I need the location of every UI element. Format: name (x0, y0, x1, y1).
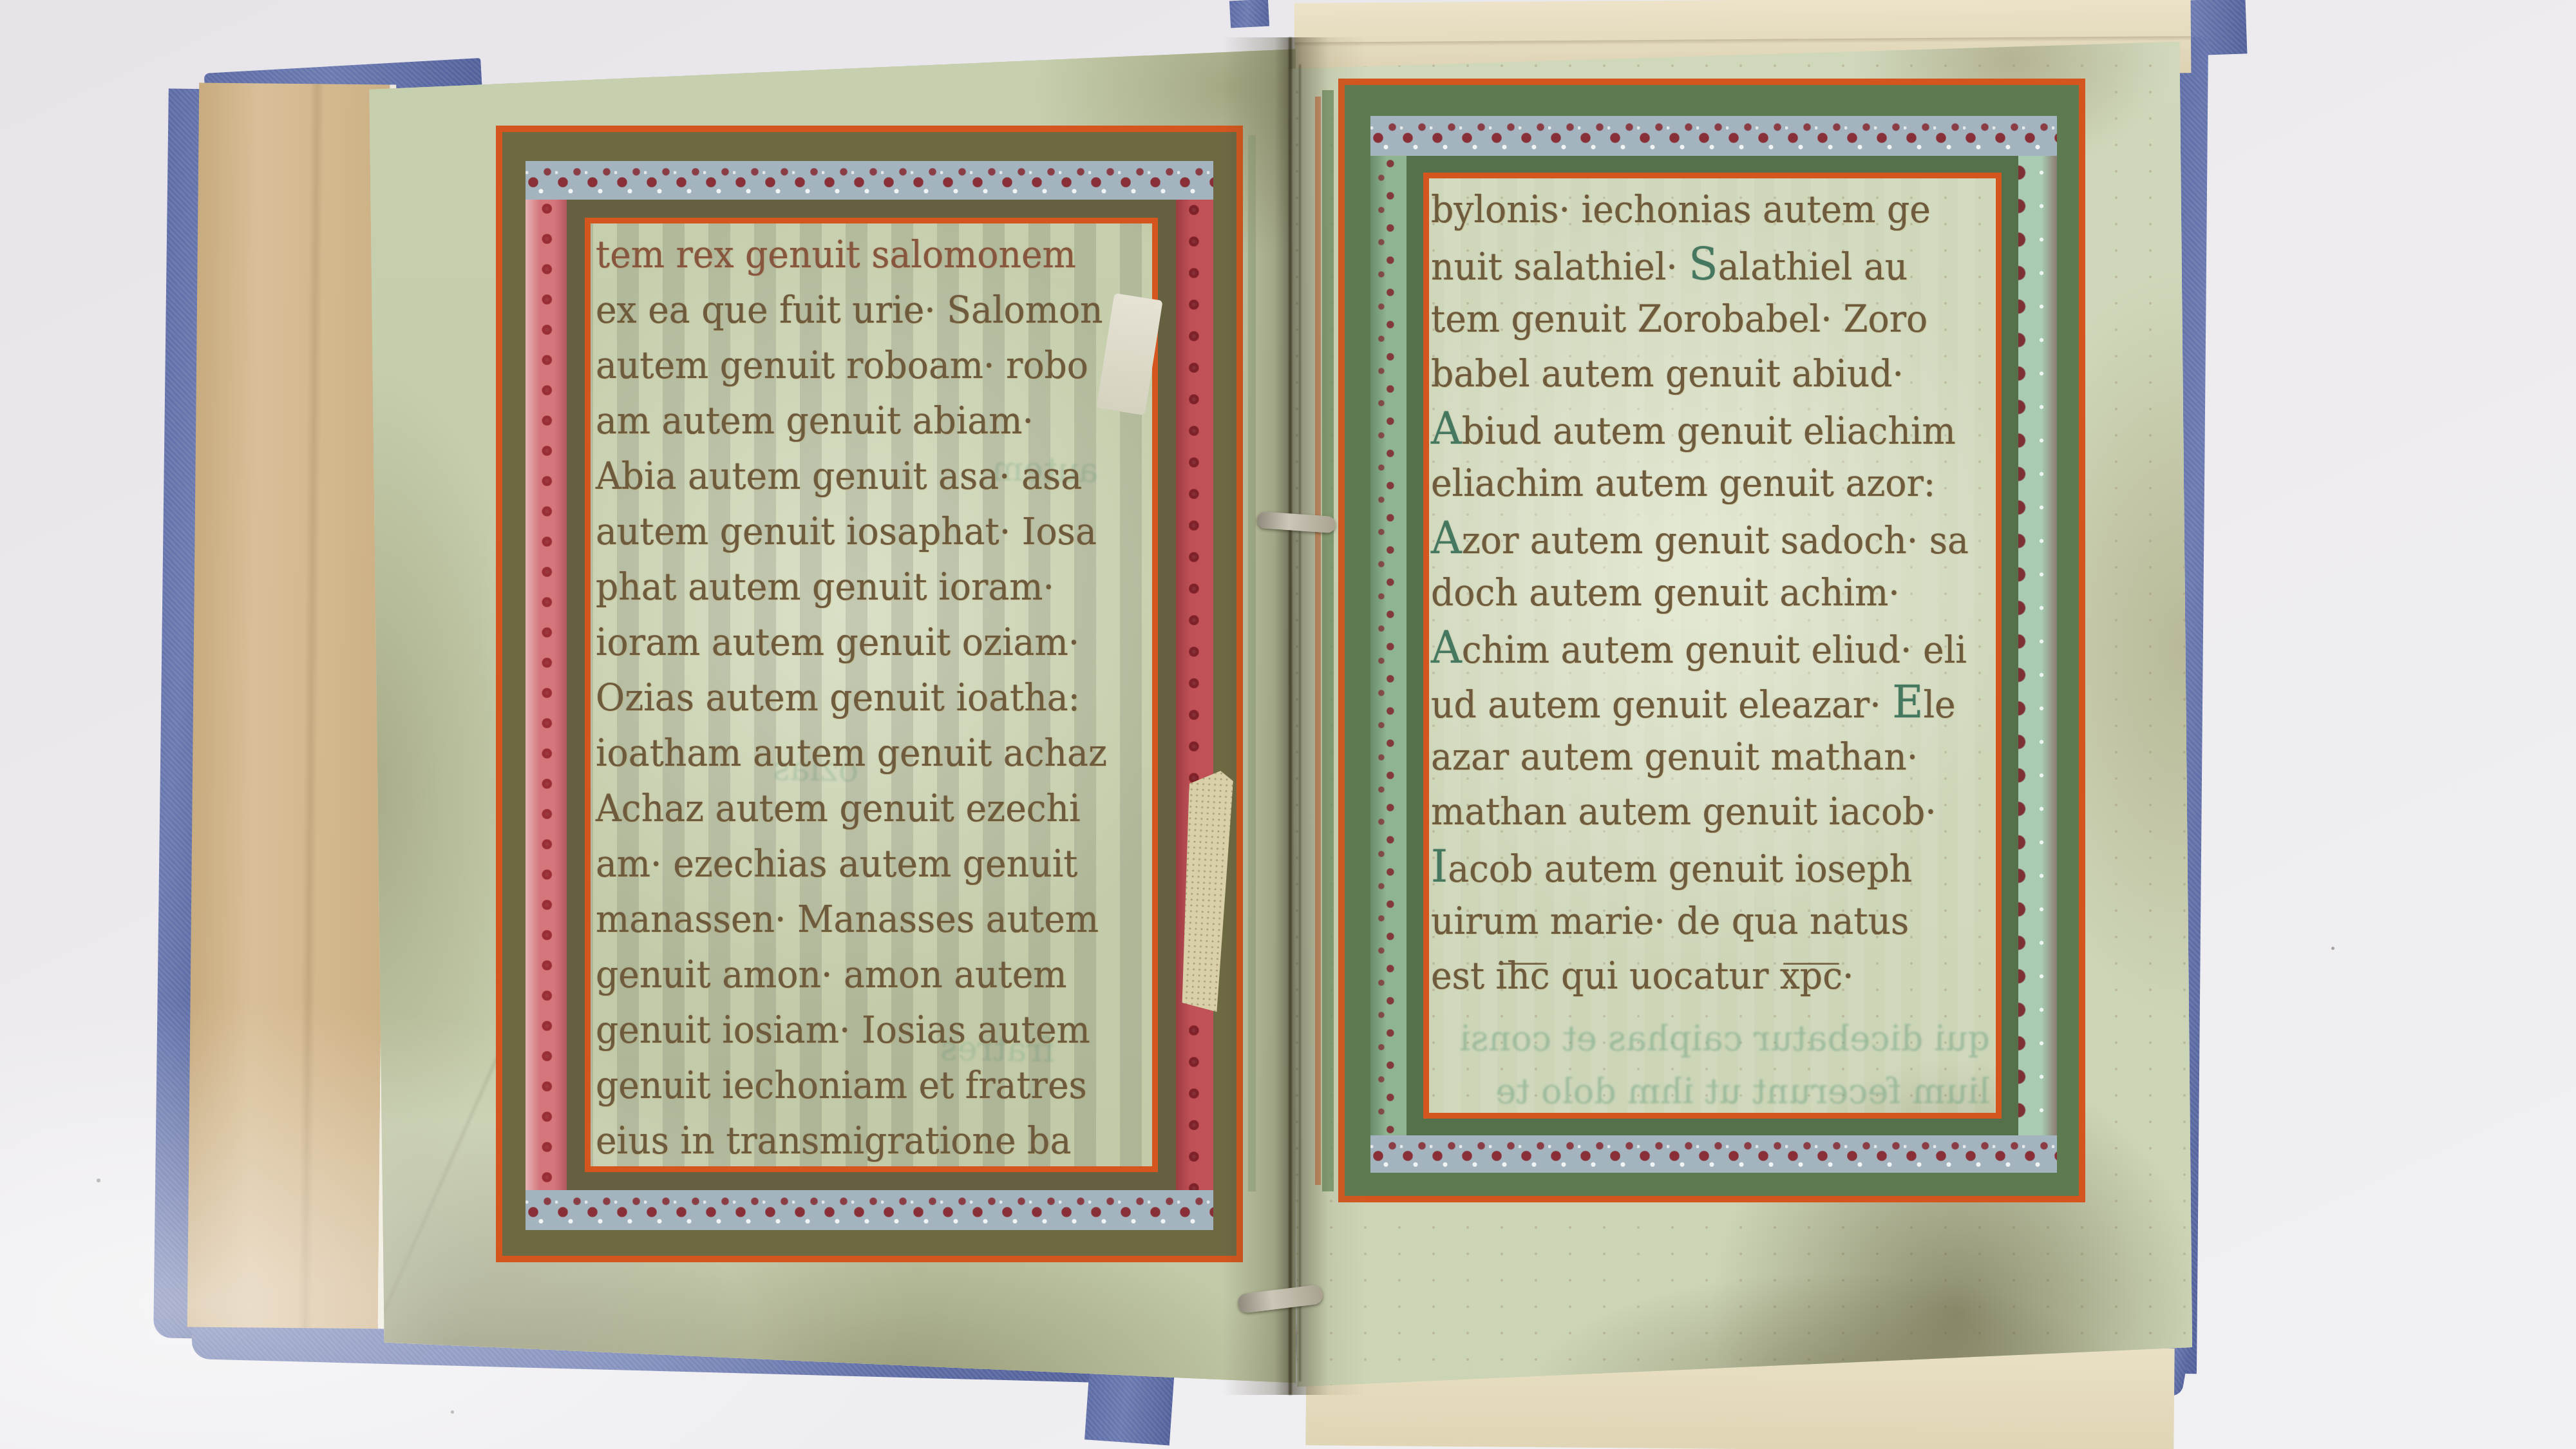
text-segment: acob autem genuit ioseph (1448, 847, 1912, 891)
text-segment: Achaz autem genuit ezechi (596, 786, 1081, 830)
text-line: manassen· Manasses autem (596, 891, 1121, 947)
text-line: bylonis· iechonias autem ge (1431, 182, 1964, 237)
text-line: phat autem genuit ioram· (596, 559, 1121, 614)
text-segment: qui uocatur (1550, 954, 1780, 998)
frame-ornament-band-left (526, 200, 567, 1190)
text-segment: bylonis· iechonias autem ge (1431, 187, 1931, 231)
text-segment: est (1431, 954, 1496, 998)
text-line: nuit salathiel· Salathiel au (1431, 237, 1964, 292)
text-line: ex ea que fuit urie· Salomon (596, 282, 1121, 337)
text-line: babel autem genuit abiud· (1431, 346, 1964, 401)
text-segment: mathan autem genuit iacob· (1431, 790, 1937, 833)
text-line: Achaz autem genuit ezechi (596, 781, 1121, 836)
text-segment: tem genuit Zorobabel· Zoro (1431, 297, 1927, 341)
text-segment: azar autem genuit mathan· (1431, 735, 1918, 779)
text-segment: ex ea que fuit urie· Salomon (596, 288, 1103, 332)
frame-ornament-band-right (2018, 156, 2057, 1135)
show-through-text-right: qui dicebatur caiphas et consilium fecer… (1433, 1012, 1990, 1122)
text-segment: xpc (1780, 954, 1842, 998)
frame-ornament-band-top (1370, 116, 2057, 156)
frame-ornament-band-left (1370, 156, 1406, 1135)
text-line: Abiud autem genuit eliachim (1431, 401, 1964, 456)
text-segment: autem genuit iosaphat· Iosa (596, 509, 1097, 553)
text-line: am autem genuit abiam· (596, 393, 1121, 448)
illuminated-initial: E (1892, 676, 1923, 728)
text-line: genuit amon· amon autem (596, 947, 1121, 1002)
gutter-stripe-green (1322, 90, 1334, 1191)
text-segment: alathiel au (1718, 245, 1908, 289)
text-segment: eliachim autem genuit azor: (1431, 461, 1935, 505)
text-block-left: tem rex genuit salomonemex ea que fuit u… (596, 227, 1148, 1170)
text-line: Iacob autem genuit ioseph (1431, 839, 1964, 894)
text-segment: biud autem genuit eliachim (1462, 409, 1956, 453)
text-segment: autem genuit roboam· robo (596, 343, 1088, 387)
text-line: Achim autem genuit eliud· eli (1431, 620, 1964, 675)
gutter-stripe-left (1248, 135, 1256, 1191)
show-through-line: lium fecerunt ut ihm dolo te (1433, 1065, 1990, 1118)
illuminated-initial: A (1431, 621, 1462, 674)
text-line: azar autem genuit mathan· (1431, 730, 1964, 784)
text-line: autem genuit iosaphat· Iosa (596, 504, 1121, 559)
frame-ornament-band-bottom (526, 1190, 1213, 1230)
text-line: am· ezechias autem genuit (596, 836, 1121, 891)
dust-speck (451, 1410, 454, 1414)
text-line: est ihc qui uocatur xpc· (1431, 949, 1964, 1003)
text-segment: uirum marie· de qua natus (1431, 899, 1909, 943)
text-segment: le (1923, 683, 1955, 726)
text-line: Ozias autem genuit ioatha: (596, 670, 1121, 725)
text-segment: genuit iosiam· Iosias autem (596, 1008, 1090, 1052)
text-line: ioatham autem genuit achaz (596, 725, 1121, 781)
illuminated-initial: S (1689, 238, 1718, 290)
text-segment: ioatham autem genuit achaz (596, 731, 1107, 775)
text-segment: zor autem genuit sadoch· sa (1462, 518, 1969, 562)
text-line: Azor autem genuit sadoch· sa (1431, 511, 1964, 565)
text-segment: am· ezechias autem genuit (596, 842, 1077, 885)
text-line: genuit iechoniam et fratres (596, 1057, 1121, 1113)
frame-ornament-band-bottom (1370, 1135, 2057, 1173)
illuminated-initial: A (1431, 512, 1462, 564)
illuminated-initial: I (1431, 840, 1448, 893)
text-line: Abia autem genuit asa· asa (596, 448, 1121, 504)
illuminated-initial: A (1431, 402, 1462, 455)
text-segment: Ozias autem genuit ioatha: (596, 676, 1080, 719)
text-line: eius in transmigratione ba (596, 1113, 1121, 1168)
text-segment: ud autem genuit eleazar· (1431, 683, 1892, 726)
text-segment: genuit amon· amon autem (596, 952, 1067, 996)
text-segment: tem rex genuit salomonem (596, 232, 1076, 276)
text-segment: eius in transmigratione ba (596, 1119, 1071, 1162)
text-line: doch autem genuit achim· (1431, 565, 1964, 620)
text-line: autem genuit roboam· robo (596, 337, 1121, 393)
show-through-line: qui dicebatur caiphas et consi (1433, 1012, 1990, 1065)
photo-of-open-manuscript: genuitautemoziasfratres tem rex genuit s… (0, 0, 2576, 1449)
text-segment: Abia autem genuit asa· asa (596, 454, 1082, 498)
text-segment: am autem genuit abiam· (596, 399, 1034, 442)
text-segment: babel autem genuit abiud· (1431, 352, 1904, 395)
gutter-stripe-orange (1315, 97, 1321, 1185)
text-line: tem rex genuit salomonem (596, 227, 1121, 282)
text-segment: phat autem genuit ioram· (596, 565, 1054, 609)
text-segment: manassen· Manasses autem (596, 897, 1099, 941)
text-line: ud autem genuit eleazar· Ele (1431, 675, 1964, 730)
text-line: ioram autem genuit oziam· (596, 614, 1121, 670)
text-segment: ioram autem genuit oziam· (596, 620, 1079, 664)
frame-ornament-band-right (1176, 200, 1213, 1190)
text-line: tem genuit Zorobabel· Zoro (1431, 292, 1964, 346)
text-segment: genuit iechoniam et fratres (596, 1063, 1087, 1107)
cover-sliver-gutter-top (1229, 0, 1269, 28)
text-segment: ihc (1496, 954, 1550, 998)
text-segment: nuit salathiel· (1431, 245, 1689, 289)
text-line: mathan autem genuit iacob· (1431, 784, 1964, 839)
text-line: genuit iosiam· Iosias autem (596, 1002, 1121, 1057)
dust-speck (2331, 947, 2334, 950)
text-line: eliachim autem genuit azor: (1431, 456, 1964, 511)
text-segment: doch autem genuit achim· (1431, 571, 1900, 614)
text-line: uirum marie· de qua natus (1431, 894, 1964, 949)
text-segment: chim autem genuit eliud· eli (1462, 628, 1967, 672)
text-segment: · (1842, 954, 1854, 998)
flyleaf-left (187, 83, 397, 1329)
frame-ornament-band-top (526, 161, 1213, 200)
text-block-right: bylonis· iechonias autem genuit salathie… (1431, 182, 1993, 1007)
dust-speck (97, 1179, 100, 1182)
